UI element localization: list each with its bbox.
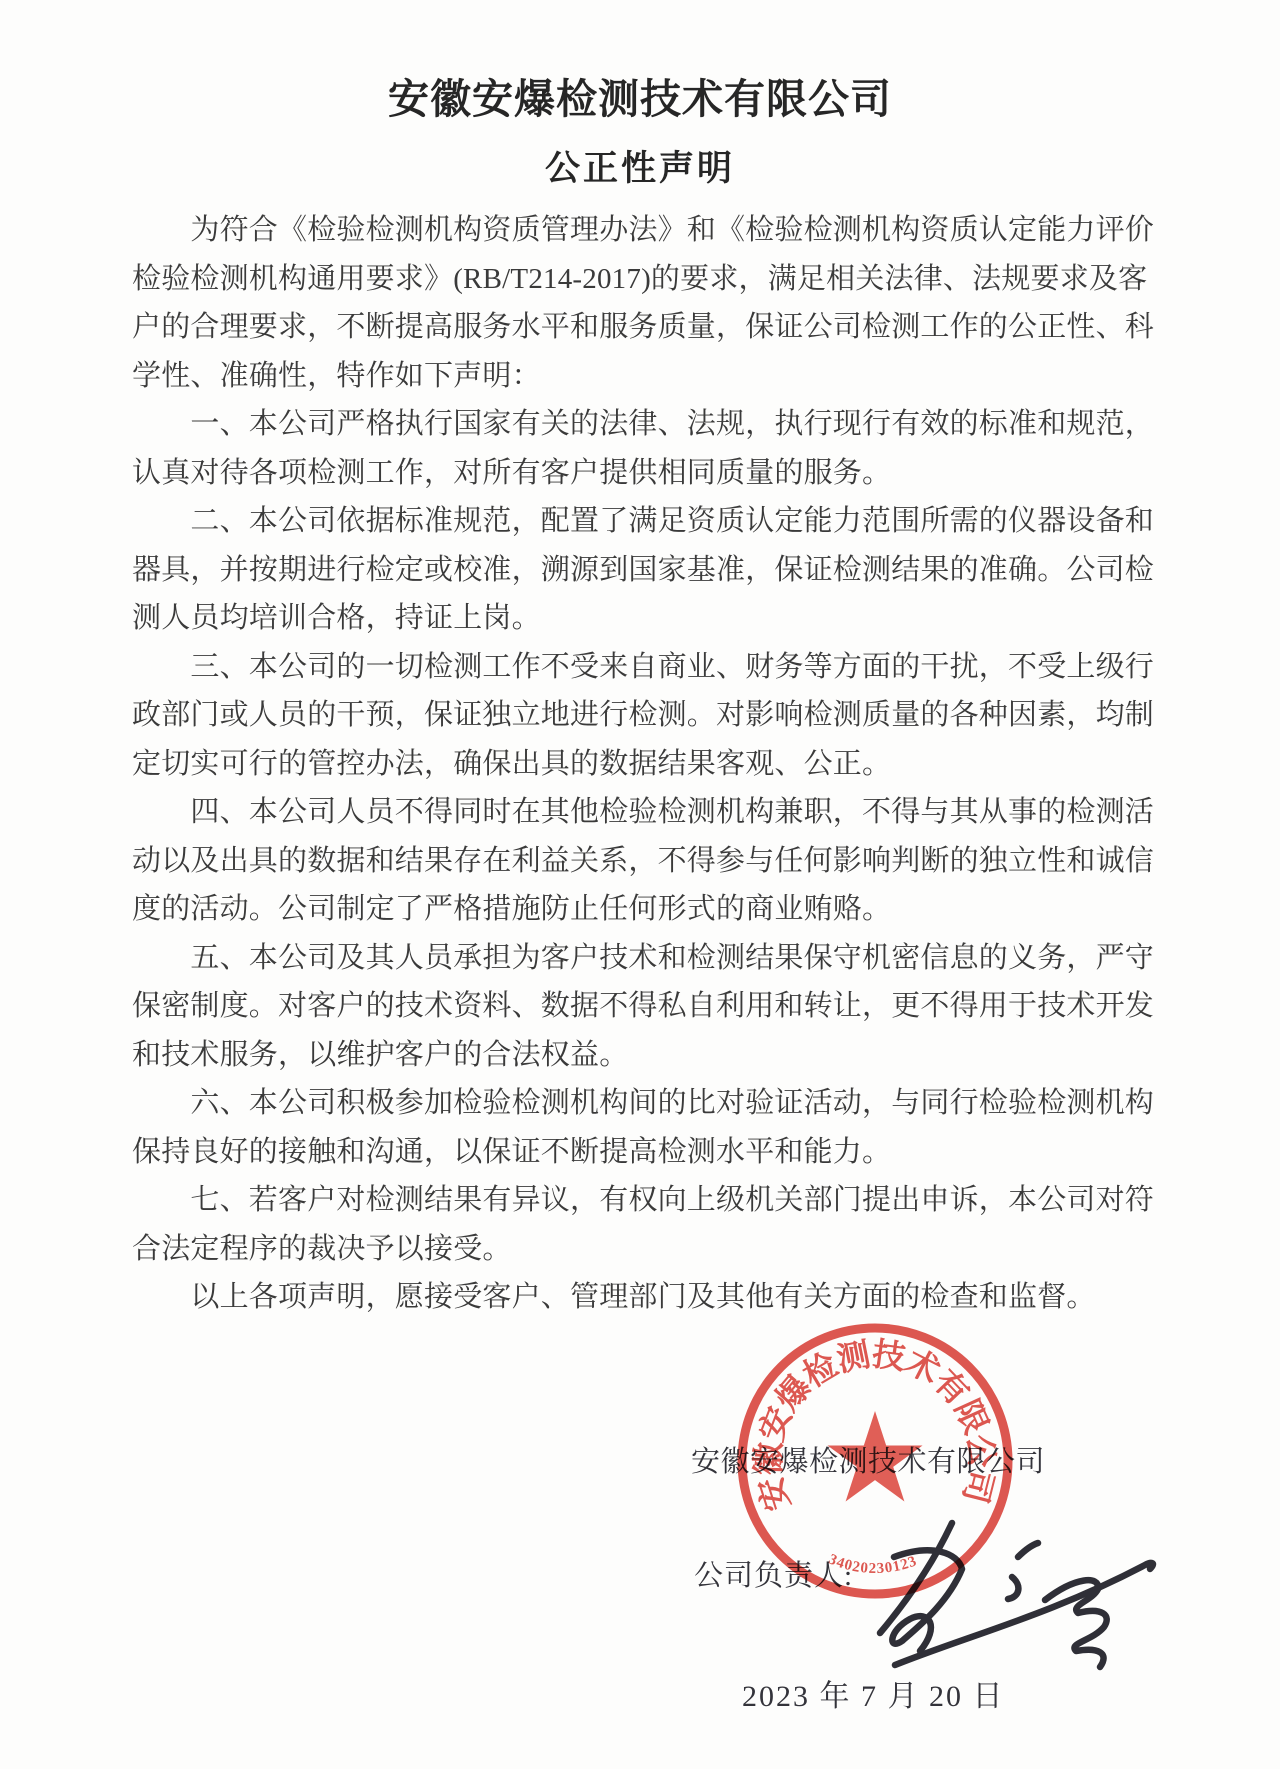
body-line: 合法定程序的裁决予以接受。	[132, 1225, 1148, 1274]
body-line: 一、本公司严格执行国家有关的法律、法规，执行现行有效的标准和规范，	[132, 400, 1148, 449]
body-line: 七、若客户对检测结果有异议，有权向上级机关部门提出申诉，本公司对符	[132, 1176, 1148, 1225]
body-line: 定切实可行的管控办法，确保出具的数据结果客观、公正。	[132, 740, 1148, 789]
body-line: 户的合理要求，不断提高服务水平和服务质量，保证公司检测工作的公正性、科	[132, 303, 1148, 352]
document-body: 安徽安爆检测技术有限公司 公正性声明 为符合《检验检测机构资质管理办法》和《检验…	[132, 75, 1148, 1322]
body-line: 四、本公司人员不得同时在其他检验检测机构兼职，不得与其从事的检测活	[132, 788, 1148, 837]
body-line: 和技术服务，以维护客户的合法权益。	[132, 1031, 1148, 1080]
statement-text: 为符合《检验检测机构资质管理办法》和《检验检测机构资质认定能力评价 检验检测机构…	[132, 206, 1148, 1322]
signature-stroke	[1008, 1577, 1018, 1599]
body-line: 检验检测机构通用要求》(RB/T214-2017)的要求，满足相关法律、法规要求…	[132, 255, 1148, 304]
body-line: 二、本公司依据标准规范，配置了满足资质认定能力范围所需的仪器设备和	[132, 497, 1148, 546]
body-line: 六、本公司积极参加检验检测机构间的比对验证活动，与同行检验检测机构	[132, 1079, 1148, 1128]
scanned-document-page: 安徽安爆检测技术有限公司 公正性声明 为符合《检验检测机构资质管理办法》和《检验…	[0, 0, 1280, 1769]
body-line: 为符合《检验检测机构资质管理办法》和《检验检测机构资质认定能力评价	[132, 206, 1148, 255]
handwritten-signature	[860, 1505, 1170, 1680]
body-line: 度的活动。公司制定了严格措施防止任何形式的商业贿赂。	[132, 885, 1148, 934]
body-line: 保密制度。对客户的技术资料、数据不得私自利用和转让，更不得用于技术开发	[132, 982, 1148, 1031]
body-line: 动以及出具的数据和结果存在利益关系，不得参与任何影响判断的独立性和诚信	[132, 837, 1148, 886]
body-line: 三、本公司的一切检测工作不受来自商业、财务等方面的干扰，不受上级行	[132, 643, 1148, 692]
body-line: 五、本公司及其人员承担为客户技术和检测结果保守机密信息的义务，严守	[132, 934, 1148, 983]
body-line: 政部门或人员的干预，保证独立地进行检测。对影响检测质量的各种因素，均制	[132, 691, 1148, 740]
signature-stroke	[1045, 1580, 1107, 1667]
body-line: 学性、准确性，特作如下声明：	[132, 352, 1148, 401]
signature-stroke	[1018, 1543, 1038, 1557]
seal-star-icon	[827, 1411, 922, 1501]
company-title: 安徽安爆检测技术有限公司	[132, 75, 1148, 123]
body-line: 认真对待各项检测工作，对所有客户提供相同质量的服务。	[132, 449, 1148, 498]
document-subtitle: 公正性声明	[132, 148, 1148, 190]
date-line: 2023 年 7 月 20 日	[742, 1681, 1005, 1713]
body-line: 器具，并按期进行检定或校准，溯源到国家基准，保证检测结果的准确。公司检	[132, 546, 1148, 595]
body-line: 保持良好的接触和沟通，以保证不断提高检测水平和能力。	[132, 1128, 1148, 1177]
body-line: 测人员均培训合格，持证上岗。	[132, 594, 1148, 643]
